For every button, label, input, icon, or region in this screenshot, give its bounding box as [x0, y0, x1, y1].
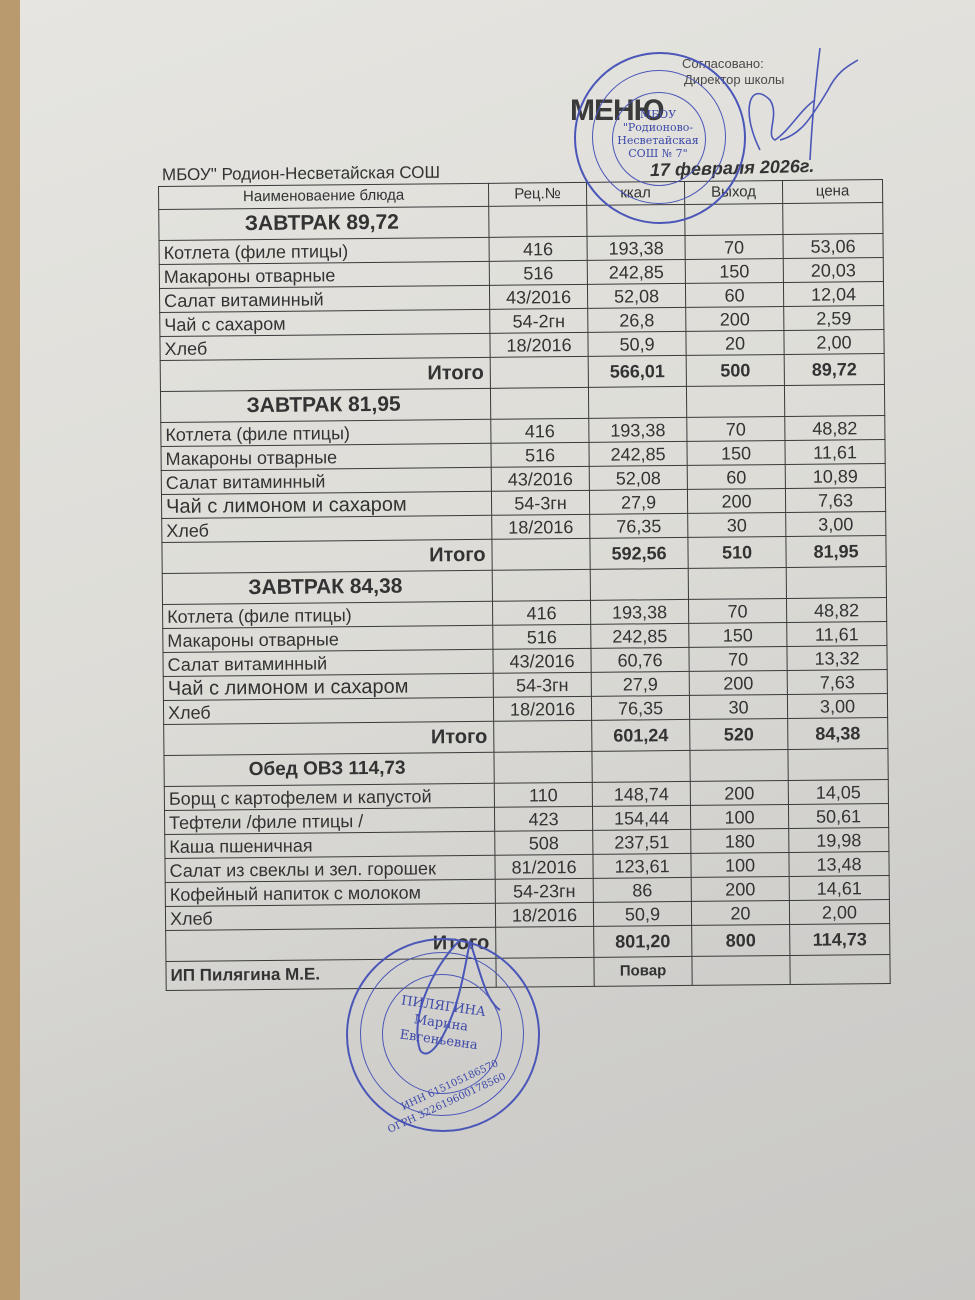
school-name: МБОУ" Родион-Несветайская СОШ	[162, 163, 440, 185]
empty-cell	[692, 955, 790, 985]
empty-cell	[492, 538, 590, 570]
total-yield: 510	[688, 536, 786, 568]
cell-yield: 100	[691, 852, 789, 877]
cell-kcal: 237,51	[593, 829, 691, 854]
section-title: ЗАВТРАК 89,72	[159, 206, 489, 240]
empty-cell	[490, 387, 588, 419]
cell-name: Салат витаминный	[163, 649, 493, 676]
cell-kcal: 193,38	[589, 417, 687, 442]
cell-rec: 54-3гн	[493, 672, 591, 697]
cell-name: Макароны отварные	[159, 261, 489, 288]
empty-cell	[690, 749, 788, 781]
school-stamp-line: "Родионово-	[612, 121, 704, 134]
total-price: 114,73	[790, 924, 890, 956]
cell-price: 13,32	[787, 646, 887, 671]
cell-price: 3,00	[786, 512, 886, 537]
cell-yield: 200	[691, 876, 789, 901]
cell-name: Чай с лимоном и сахаром	[163, 673, 493, 700]
cell-price: 2,00	[784, 330, 884, 355]
total-yield: 800	[692, 924, 790, 956]
cell-kcal: 50,9	[588, 331, 686, 356]
empty-cell	[496, 926, 594, 958]
cell-yield: 70	[685, 235, 783, 260]
section-title: ЗАВТРАК 81,95	[160, 388, 490, 422]
cell-yield: 70	[687, 416, 785, 441]
total-kcal: 801,20	[594, 925, 692, 957]
cell-rec: 43/2016	[489, 284, 587, 309]
empty-cell	[588, 386, 686, 418]
cell-kcal: 60,76	[591, 647, 689, 672]
cell-name: Тефтели /филе птицы /	[164, 807, 494, 834]
cell-rec: 516	[493, 624, 591, 649]
cell-price: 19,98	[789, 828, 889, 853]
cell-yield: 200	[689, 670, 787, 695]
school-stamp-line: Несветайская	[612, 134, 704, 147]
cell-name: Борщ с картофелем и капустой	[164, 783, 494, 810]
cell-yield: 200	[690, 780, 788, 805]
cell-rec: 54-3гн	[491, 490, 589, 515]
cell-kcal: 193,38	[590, 599, 688, 624]
cell-kcal: 76,35	[591, 695, 689, 720]
column-header-price: цена	[782, 180, 882, 204]
cell-kcal: 242,85	[587, 259, 685, 284]
cell-name: Котлета (филе птицы)	[159, 237, 489, 264]
cell-name: Салат витаминный	[161, 467, 491, 494]
cell-yield: 200	[686, 306, 784, 331]
cell-yield: 20	[686, 330, 784, 355]
empty-cell	[590, 568, 688, 600]
cell-price: 48,82	[785, 416, 885, 441]
cell-rec: 54-2гн	[490, 308, 588, 333]
empty-cell	[494, 720, 592, 752]
cell-name: Чай с лимоном и сахаром	[161, 491, 491, 518]
cell-kcal: 86	[593, 877, 691, 902]
total-label: Итого	[164, 721, 494, 755]
cell-name: Салат витаминный	[159, 285, 489, 312]
school-stamp-line: СОШ № 7"	[612, 147, 704, 160]
cell-name: Чай с сахаром	[160, 309, 490, 336]
cell-name: Макароны отварные	[163, 625, 493, 652]
cell-rec: 43/2016	[493, 648, 591, 673]
total-label: Итого	[160, 357, 490, 391]
total-kcal: 601,24	[592, 719, 690, 751]
total-yield: 500	[686, 354, 784, 386]
cell-kcal: 154,44	[592, 805, 690, 830]
cell-price: 50,61	[788, 804, 888, 829]
cell-rec: 416	[493, 600, 591, 625]
cell-yield: 100	[690, 804, 788, 829]
cell-rec: 416	[489, 236, 587, 261]
cell-rec: 508	[495, 830, 593, 855]
cell-rec: 81/2016	[495, 854, 593, 879]
cell-name: Каша пшеничная	[165, 831, 495, 858]
empty-cell	[686, 385, 784, 417]
cell-price: 2,59	[784, 306, 884, 331]
cell-price: 11,61	[787, 622, 887, 647]
cell-price: 13,48	[789, 852, 889, 877]
total-price: 84,38	[788, 718, 888, 750]
cell-price: 2,00	[789, 900, 889, 925]
cell-price: 20,03	[783, 258, 883, 283]
cell-yield: 70	[688, 598, 786, 623]
cell-rec: 110	[494, 782, 592, 807]
cell-kcal: 26,8	[588, 307, 686, 332]
empty-cell	[786, 567, 886, 599]
total-kcal: 592,56	[590, 537, 688, 569]
cell-price: 48,82	[786, 598, 886, 623]
cell-kcal: 52,08	[589, 465, 687, 490]
cell-name: Котлета (филе птицы)	[163, 601, 493, 628]
cell-kcal: 52,08	[587, 283, 685, 308]
cell-price: 14,61	[789, 876, 889, 901]
cell-price: 12,04	[783, 282, 883, 307]
empty-cell	[688, 567, 786, 599]
cell-kcal: 27,9	[589, 489, 687, 514]
cell-name: Салат из свеклы и зел. горошек	[165, 855, 495, 882]
cell-yield: 20	[691, 900, 789, 925]
cell-rec: 516	[489, 260, 587, 285]
empty-cell	[592, 750, 690, 782]
cell-kcal: 50,9	[593, 901, 691, 926]
cell-name: Котлета (филе птицы)	[161, 419, 491, 446]
cell-name: Хлеб	[160, 333, 490, 360]
cell-yield: 60	[687, 464, 785, 489]
total-price: 81,95	[786, 536, 886, 568]
cell-kcal: 148,74	[592, 781, 690, 806]
section-title: Обед ОВЗ 114,73	[164, 752, 494, 786]
cell-price: 10,89	[785, 464, 885, 489]
empty-cell	[783, 203, 883, 235]
empty-cell	[489, 205, 587, 237]
cell-yield: 70	[689, 646, 787, 671]
cell-price: 7,63	[785, 488, 885, 513]
cell-rec: 18/2016	[493, 696, 591, 721]
cell-price: 14,05	[788, 780, 888, 805]
cell-rec: 54-23гн	[495, 878, 593, 903]
total-label: Итого	[162, 539, 492, 573]
cell-kcal: 76,35	[590, 513, 688, 538]
empty-cell	[494, 751, 592, 783]
cell-yield: 30	[688, 512, 786, 537]
menu-table: Наименоваение блюдаРец.№ккалВыходценаЗАВ…	[158, 179, 891, 991]
cell-kcal: 242,85	[589, 441, 687, 466]
cell-yield: 30	[689, 694, 787, 719]
empty-cell	[490, 356, 588, 388]
director-signature	[720, 40, 860, 170]
cell-price: 11,61	[785, 440, 885, 465]
empty-cell	[788, 749, 888, 781]
cell-name: Хлеб	[165, 903, 495, 930]
cell-kcal: 123,61	[593, 853, 691, 878]
empty-cell	[492, 569, 590, 601]
cell-rec: 43/2016	[491, 466, 589, 491]
cook-role: Повар	[594, 956, 692, 986]
cell-price: 7,63	[787, 670, 887, 695]
cell-name: Макароны отварные	[161, 443, 491, 470]
cell-yield: 150	[685, 259, 783, 284]
total-yield: 520	[690, 718, 788, 750]
cell-kcal: 242,85	[591, 623, 689, 648]
cell-name: Хлеб	[162, 515, 492, 542]
cell-rec: 516	[491, 442, 589, 467]
school-stamp-line: МБОУ	[612, 108, 704, 121]
cell-yield: 60	[685, 283, 783, 308]
cell-price: 3,00	[787, 694, 887, 719]
column-header-rec: Рец.№	[488, 182, 586, 206]
column-header-name: Наименоваение блюда	[159, 183, 489, 209]
total-price: 89,72	[784, 354, 884, 386]
cell-rec: 18/2016	[492, 514, 590, 539]
cell-rec: 18/2016	[495, 902, 593, 927]
section-title: ЗАВТРАК 84,38	[162, 570, 492, 604]
cell-yield: 150	[689, 622, 787, 647]
cell-price: 53,06	[783, 234, 883, 259]
empty-cell	[784, 385, 884, 417]
cell-yield: 200	[687, 488, 785, 513]
cell-name: Кофейный напиток с молоком	[165, 879, 495, 906]
cook-signature	[390, 930, 510, 1070]
cell-rec: 18/2016	[490, 332, 588, 357]
empty-cell	[790, 955, 890, 985]
cell-name: Хлеб	[163, 697, 493, 724]
cell-kcal: 27,9	[591, 671, 689, 696]
cell-yield: 180	[691, 828, 789, 853]
cell-rec: 423	[494, 806, 592, 831]
cell-yield: 150	[687, 440, 785, 465]
total-kcal: 566,01	[588, 355, 686, 387]
cell-kcal: 193,38	[587, 235, 685, 260]
cell-rec: 416	[491, 418, 589, 443]
